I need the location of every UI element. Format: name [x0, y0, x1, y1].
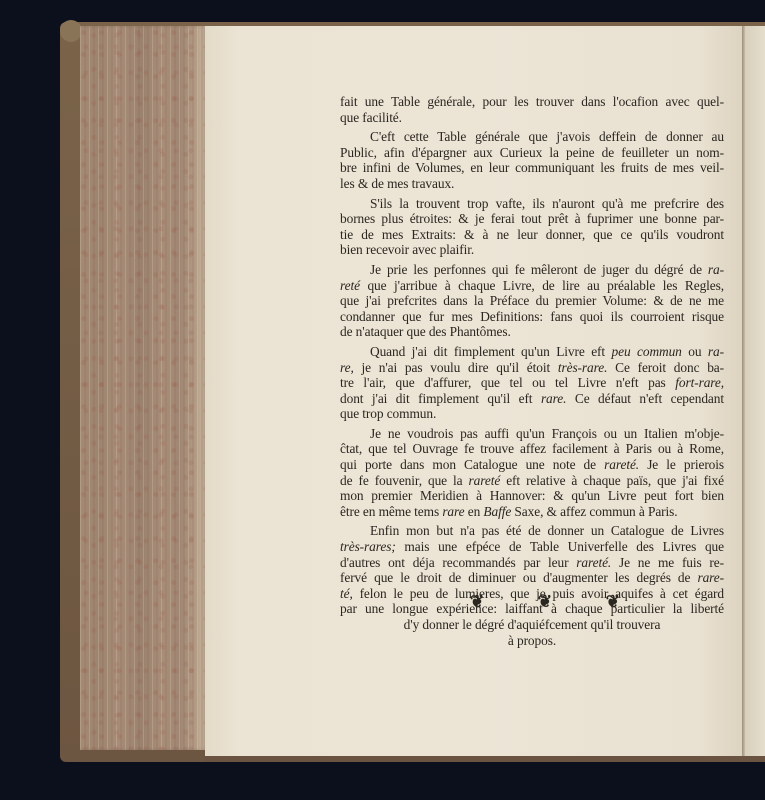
- text-run: que j'arribue à chaque Livre, de lire au…: [360, 278, 724, 293]
- italic-text: rareté: [469, 473, 501, 488]
- text-line: Je prie les perfonnes qui fe mêleront de…: [340, 262, 724, 278]
- text-line: Quand j'ai dit fimplement qu'un Livre ef…: [340, 344, 724, 360]
- paragraph: Enfin mon but n'a pas été de donner un C…: [340, 523, 724, 648]
- fleuron-ornament-icon: ❦: [470, 592, 484, 612]
- text-line: bien recevoir avec plaifir.: [340, 242, 724, 258]
- text-run: Public, afin d'épargner aux Curieux la p…: [340, 145, 724, 160]
- italic-text: Baffe: [483, 504, 511, 519]
- italic-text: rare: [442, 504, 464, 519]
- text-line: les & de mes travaux.: [340, 176, 724, 192]
- text-line: être en même tems rare en Baffe Saxe, & …: [340, 504, 724, 520]
- text-line: que trop commun.: [340, 406, 724, 422]
- text-line: tie de mes Extraits: & à ne leur donner,…: [340, 227, 724, 243]
- text-run: Je ne me fuis re-: [611, 555, 724, 570]
- text-run: de fe fouvenir, que la: [340, 473, 469, 488]
- italic-text: ra-: [708, 344, 724, 359]
- text-run: ĉtat, que tel Ouvrage fe trouve affez fa…: [340, 441, 724, 456]
- text-line: Public, afin d'épargner aux Curieux la p…: [340, 145, 724, 161]
- text-line: Je ne voudrois pas auffi qu'un François …: [340, 426, 724, 442]
- text-run: Ce feroit donc ba-: [607, 360, 724, 375]
- text-run: tre l'air, que d'affurer, que tel ou tel…: [340, 375, 675, 390]
- text-run: Saxe, & affez commun à Paris.: [511, 504, 677, 519]
- text-line: ĉtat, que tel Ouvrage fe trouve affez fa…: [340, 441, 724, 457]
- paragraph: C'eft cette Table générale que j'avois d…: [340, 129, 724, 191]
- page-text: fait une Table générale, pour les trouve…: [340, 94, 724, 652]
- text-line: dont j'ai dit fimplement qu'il eft rare.…: [340, 391, 724, 407]
- italic-text: très-rares;: [340, 539, 396, 554]
- text-run: tie de mes Extraits: & à ne leur donner,…: [340, 227, 724, 242]
- text-run: être en même tems: [340, 504, 442, 519]
- text-line: reté que j'arribue à chaque Livre, de li…: [340, 278, 724, 294]
- text-run: S'ils la trouvent trop vafte, ils n'auro…: [370, 196, 724, 211]
- paragraph: S'ils la trouvent trop vafte, ils n'auro…: [340, 196, 724, 258]
- paragraph: Je ne voudrois pas auffi qu'un François …: [340, 426, 724, 520]
- italic-text: té,: [340, 586, 353, 601]
- text-line: bornes plus étroites: & je ferai tout pr…: [340, 211, 724, 227]
- fleuron-ornament-icon: ❦: [538, 592, 552, 612]
- text-run: Quand j'ai dit fimplement qu'un Livre ef…: [370, 344, 612, 359]
- text-line: qui porte dans mon Catalogue une note de…: [340, 457, 724, 473]
- text-run: les & de mes travaux.: [340, 176, 454, 191]
- text-run: en: [464, 504, 483, 519]
- binding-bottom-edge: [205, 756, 765, 762]
- text-line: fervé que le droit de diminuer ou d'augm…: [340, 570, 724, 586]
- page-edges: [80, 26, 205, 750]
- italic-text: très-rare.: [558, 360, 607, 375]
- text-run: bien recevoir avec plaifir.: [340, 242, 474, 257]
- text-line: très-rares; mais une efpéce de Table Uni…: [340, 539, 724, 555]
- italic-text: reté: [340, 278, 360, 293]
- text-line: Enfin mon but n'a pas été de donner un C…: [340, 523, 724, 539]
- text-run: que facilité.: [340, 110, 402, 125]
- italic-text: rareté.: [576, 555, 611, 570]
- text-run: Je le prierois: [639, 457, 724, 472]
- facing-page-edge: [745, 26, 765, 760]
- italic-text: peu commun: [612, 344, 682, 359]
- text-line: C'eft cette Table générale que j'avois d…: [340, 129, 724, 145]
- text-line: tre l'air, que d'affurer, que tel ou tel…: [340, 375, 724, 391]
- text-run: je n'ai pas voulu dire qu'il étoit: [354, 360, 558, 375]
- text-run: Je ne voudrois pas auffi qu'un François …: [370, 426, 724, 441]
- text-line: condanner que fur mes Definitions: fans …: [340, 309, 724, 325]
- text-line: S'ils la trouvent trop vafte, ils n'auro…: [340, 196, 724, 212]
- text-run: dont j'ai dit fimplement qu'il eft: [340, 391, 541, 406]
- text-run: qui porte dans mon Catalogue une note de: [340, 457, 604, 472]
- text-run: condanner que fur mes Definitions: fans …: [340, 309, 724, 324]
- text-run: ou: [682, 344, 708, 359]
- centered-text-line: d'y donner le dégré d'aquiéfcement qu'il…: [340, 617, 724, 633]
- italic-text: ra-: [708, 262, 724, 277]
- italic-text: rare.: [541, 391, 566, 406]
- text-line: mon premier Meridien à Hannover: & qu'un…: [340, 488, 724, 504]
- text-run: fait une Table générale, pour les trouve…: [340, 94, 724, 109]
- italic-text: rareté.: [604, 457, 639, 472]
- binding-corner: [60, 20, 82, 42]
- text-line: d'autres ont déja recommandés par leur r…: [340, 555, 724, 571]
- fleuron-ornament-icon: ❦: [606, 592, 620, 612]
- italic-text: re,: [340, 360, 354, 375]
- italic-text: rare-: [697, 570, 724, 585]
- text-run: mon premier Meridien à Hannover: & qu'un…: [340, 488, 724, 503]
- paragraph: Quand j'ai dit fimplement qu'un Livre ef…: [340, 344, 724, 422]
- text-run: de n'ataquer que des Phantômes.: [340, 324, 511, 339]
- text-run: Enfin mon but n'a pas été de donner un C…: [370, 523, 724, 538]
- text-run: Je prie les perfonnes qui fe mêleront de…: [370, 262, 708, 277]
- text-run: que trop commun.: [340, 406, 436, 421]
- text-run: C'eft cette Table générale que j'avois d…: [370, 129, 724, 144]
- text-line: que j'ai prefcrites dans la Préface du p…: [340, 293, 724, 309]
- centered-text-line: à propos.: [340, 633, 724, 649]
- text-line: fait une Table générale, pour les trouve…: [340, 94, 724, 110]
- text-run: bornes plus étroites: & je ferai tout pr…: [340, 211, 724, 226]
- italic-text: fort-rare,: [675, 375, 724, 390]
- text-run: Ce défaut n'eft cependant: [566, 391, 724, 406]
- ornament-row: ❦❦❦: [470, 592, 620, 612]
- text-line: re, je n'ai pas voulu dire qu'il étoit t…: [340, 360, 724, 376]
- paragraph: Je prie les perfonnes qui fe mêleront de…: [340, 262, 724, 340]
- text-line: que facilité.: [340, 110, 724, 126]
- text-run: mais une efpéce de Table Univerfelle des…: [396, 539, 724, 554]
- text-run: que j'ai prefcrites dans la Préface du p…: [340, 293, 724, 308]
- text-run: bre infini de Volumes, en leur communiqu…: [340, 160, 724, 175]
- text-line: de fe fouvenir, que la rareté eft relati…: [340, 473, 724, 489]
- text-line: de n'ataquer que des Phantômes.: [340, 324, 724, 340]
- text-line: bre infini de Volumes, en leur communiqu…: [340, 160, 724, 176]
- text-run: fervé que le droit de diminuer ou d'augm…: [340, 570, 697, 585]
- paragraph: fait une Table générale, pour les trouve…: [340, 94, 724, 125]
- text-run: d'autres ont déja recommandés par leur: [340, 555, 576, 570]
- text-run: eft relative à chaque païs, que j'ai fix…: [500, 473, 724, 488]
